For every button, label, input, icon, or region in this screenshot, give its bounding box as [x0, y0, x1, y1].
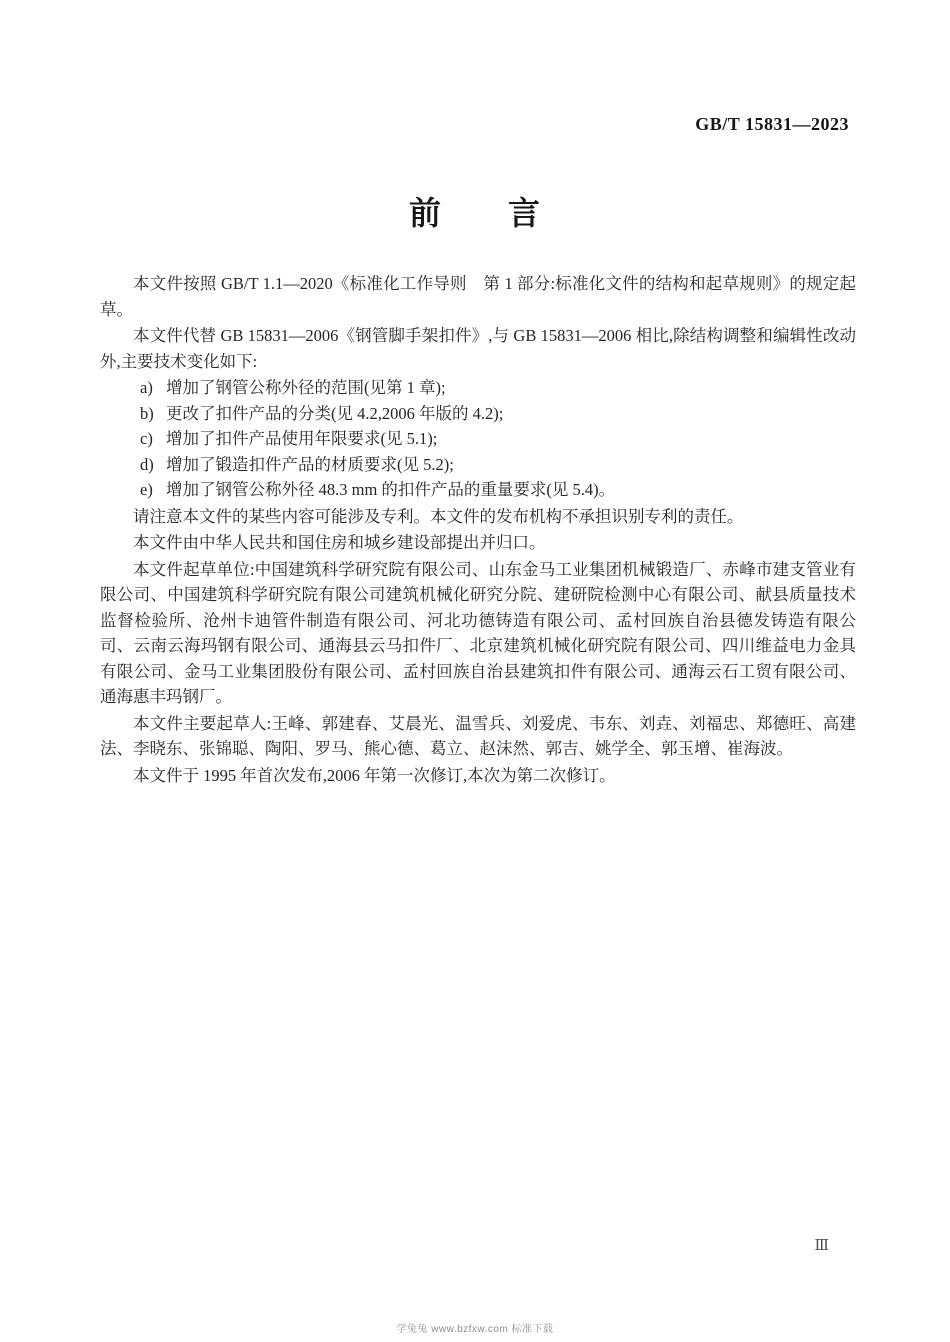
change-item-c-label: c): [140, 426, 166, 452]
paragraph-drafting-units: 本文件起草单位:中国建筑科学研究院有限公司、山东金马工业集团机械锻造厂、赤峰市建…: [100, 557, 856, 710]
change-item-b-label: b): [140, 401, 166, 427]
foreword-body: 本文件按照 GB/T 1.1—2020《标准化工作导则 第 1 部分:标准化文件…: [100, 270, 856, 789]
change-item-b: b)更改了扣件产品的分类(见 4.2,2006 年版的 4.2);: [100, 401, 856, 427]
watermark-text: 学兔兔 www.bzfxw.com 标准下载: [0, 1320, 950, 1335]
change-item-e-label: e): [140, 477, 166, 503]
page-number: Ⅲ: [815, 1236, 830, 1255]
paragraph-proposer: 本文件由中华人民共和国住房和城乡建设部提出并归口。: [100, 530, 856, 556]
change-item-d-label: d): [140, 452, 166, 478]
change-item-e-text: 增加了钢管公称外径 48.3 mm 的扣件产品的重量要求(见 5.4)。: [166, 480, 615, 499]
paragraph-replacement-note: 本文件代替 GB 15831—2006《钢管脚手架扣件》,与 GB 15831—…: [100, 323, 856, 374]
change-item-d-text: 增加了锻造扣件产品的材质要求(见 5.2);: [166, 455, 454, 474]
standard-number: GB/T 15831—2023: [695, 114, 849, 135]
document-page: GB/T 15831—2023 前 言 本文件按照 GB/T 1.1—2020《…: [0, 0, 950, 1342]
change-item-b-text: 更改了扣件产品的分类(见 4.2,2006 年版的 4.2);: [166, 404, 503, 423]
change-item-c-text: 增加了扣件产品使用年限要求(见 5.1);: [166, 429, 437, 448]
change-item-a: a)增加了钢管公称外径的范围(见第 1 章);: [100, 375, 856, 401]
change-item-d: d)增加了锻造扣件产品的材质要求(见 5.2);: [100, 452, 856, 478]
paragraph-drafting-basis: 本文件按照 GB/T 1.1—2020《标准化工作导则 第 1 部分:标准化文件…: [100, 271, 856, 322]
change-item-a-text: 增加了钢管公称外径的范围(见第 1 章);: [166, 378, 446, 397]
paragraph-main-drafters: 本文件主要起草人:王峰、郭建春、艾晨光、温雪兵、刘爱虎、韦东、刘垚、刘福忠、郑德…: [100, 711, 856, 762]
paragraph-revision-history: 本文件于 1995 年首次发布,2006 年第一次修订,本次为第二次修订。: [100, 763, 856, 789]
page-title: 前 言: [0, 188, 950, 234]
paragraph-patent-note: 请注意本文件的某些内容可能涉及专利。本文件的发布机构不承担识别专利的责任。: [100, 504, 856, 530]
change-item-a-label: a): [140, 375, 166, 401]
change-item-c: c)增加了扣件产品使用年限要求(见 5.1);: [100, 426, 856, 452]
change-item-e: e)增加了钢管公称外径 48.3 mm 的扣件产品的重量要求(见 5.4)。: [100, 477, 856, 503]
